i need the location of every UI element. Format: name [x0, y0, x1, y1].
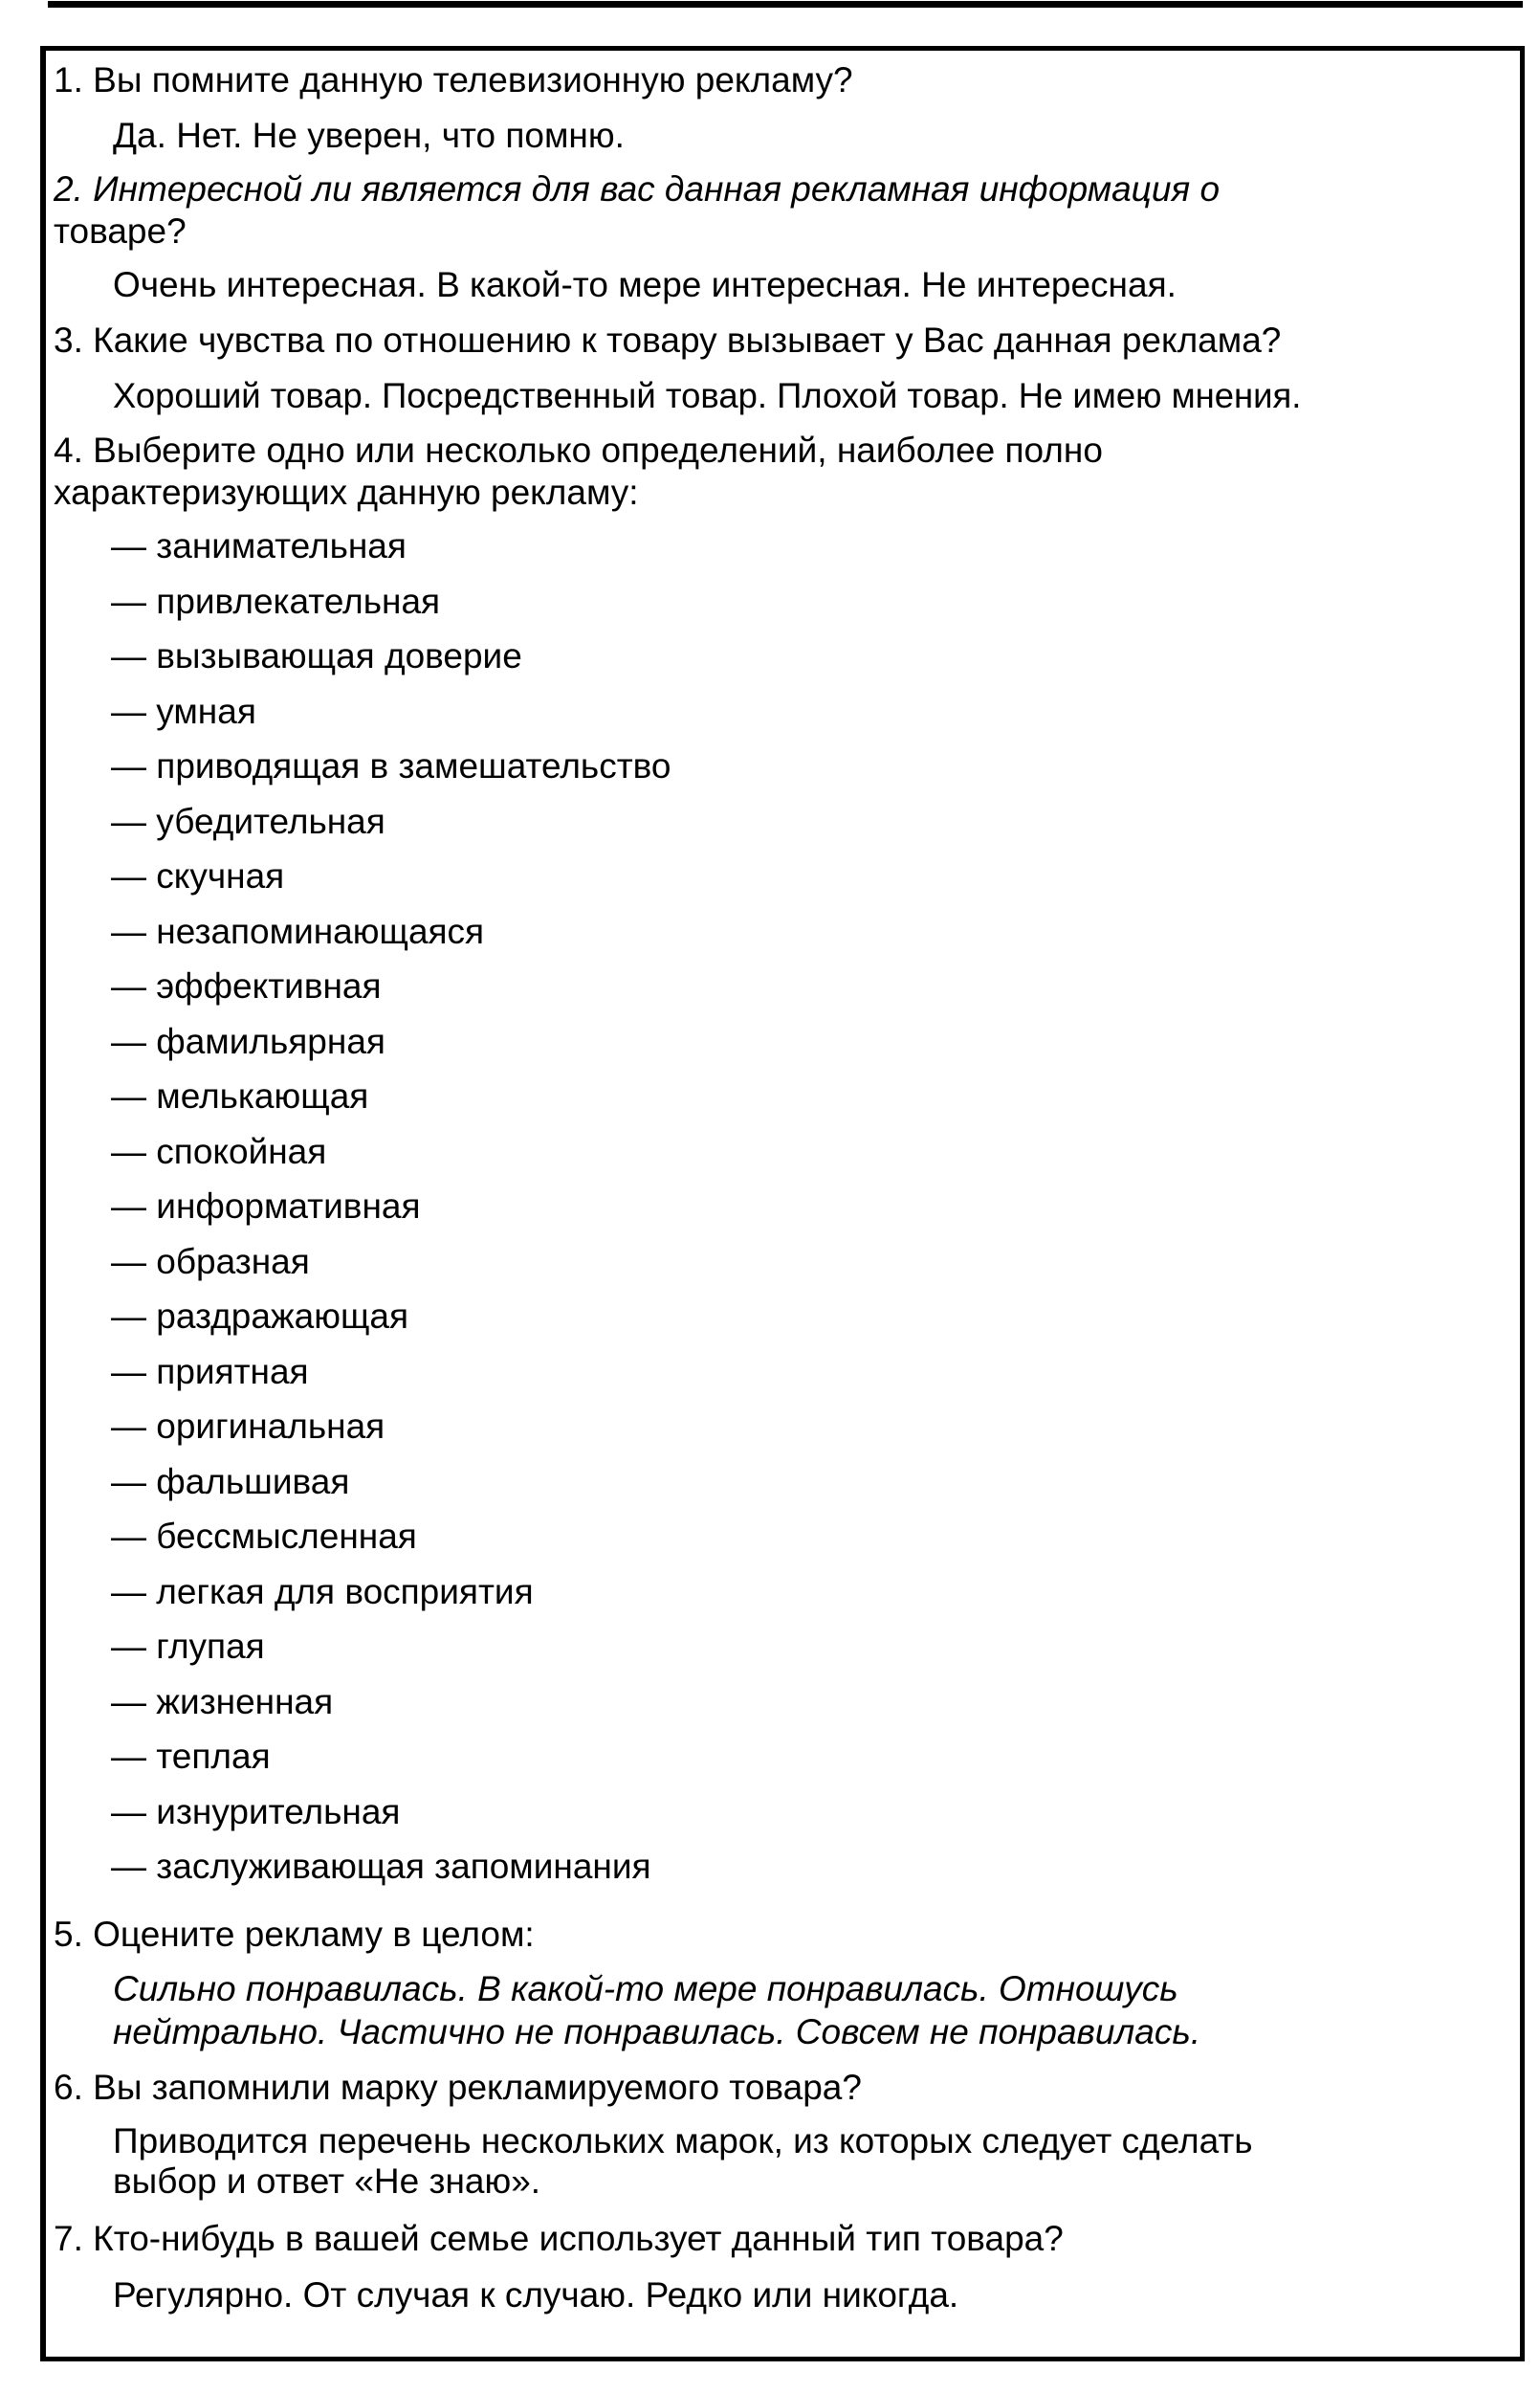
answer-5-line-2: нейтрально. Частично не понравилась. Сов… [113, 2011, 1200, 2053]
option-item: — убедительная [111, 801, 385, 843]
answer-5: Сильно понравилась. В какой-то мере понр… [113, 1968, 1178, 2010]
option-item: — теплая [111, 1736, 271, 1778]
option-item: — занимательная [111, 525, 407, 567]
option-item: — информативная [111, 1185, 421, 1228]
question-1: 1. Вы помните данную телевизионную рекла… [54, 59, 853, 101]
option-item: — заслуживающая запоминания [111, 1846, 651, 1888]
question-3: 3. Какие чувства по отношению к товару в… [54, 320, 1281, 362]
option-item: — бессмысленная [111, 1516, 417, 1558]
top-rule [48, 1, 1523, 6]
option-item: — раздражающая [111, 1296, 408, 1338]
option-item: — фальшивая [111, 1461, 349, 1503]
option-item: — незапоминающаяся [111, 911, 484, 953]
answer-1: Да. Нет. Не уверен, что помню. [113, 115, 625, 157]
option-item: — глупая [111, 1626, 265, 1668]
option-item: — приводящая в замешательство [111, 745, 671, 787]
question-2: 2. Интересной ли является для вас данная… [54, 168, 1220, 210]
question-4-line-2: характеризующих данную рекламу: [54, 472, 639, 514]
option-item: — оригинальная [111, 1406, 385, 1448]
option-item: — фамильярная [111, 1021, 385, 1063]
option-item: — умная [111, 691, 256, 733]
question-6: 6. Вы запомнили марку рекламируемого тов… [54, 2067, 862, 2109]
question-5: 5. Оцените рекламу в целом: [54, 1914, 535, 1956]
answer-6-line-2: выбор и ответ «Не знаю». [113, 2160, 540, 2203]
question-7: 7. Кто-нибудь в вашей семье использует д… [54, 2218, 1064, 2260]
option-item: — жизненная [111, 1681, 333, 1723]
answer-7: Регулярно. От случая к случаю. Редко или… [113, 2274, 958, 2316]
option-item: — мелькающая [111, 1075, 368, 1118]
option-item: — изнурительная [111, 1791, 400, 1833]
option-item: — спокойная [111, 1131, 326, 1173]
question-4: 4. Выберите одно или несколько определен… [54, 430, 1103, 472]
option-item: — образная [111, 1241, 310, 1283]
option-item: — легкая для восприятия [111, 1571, 534, 1613]
answer-3: Хороший товар. Посредственный товар. Пло… [113, 375, 1301, 417]
answer-6: Приводится перечень нескольких марок, из… [113, 2120, 1253, 2162]
option-item: — вызывающая доверие [111, 635, 522, 677]
question-2-line-2: товаре? [54, 210, 187, 253]
option-item: — эффективная [111, 965, 382, 1008]
option-item: — привлекательная [111, 581, 440, 623]
answer-2: Очень интересная. В какой-то мере интере… [113, 264, 1177, 306]
option-item: — скучная [111, 855, 284, 897]
option-item: — приятная [111, 1351, 309, 1393]
